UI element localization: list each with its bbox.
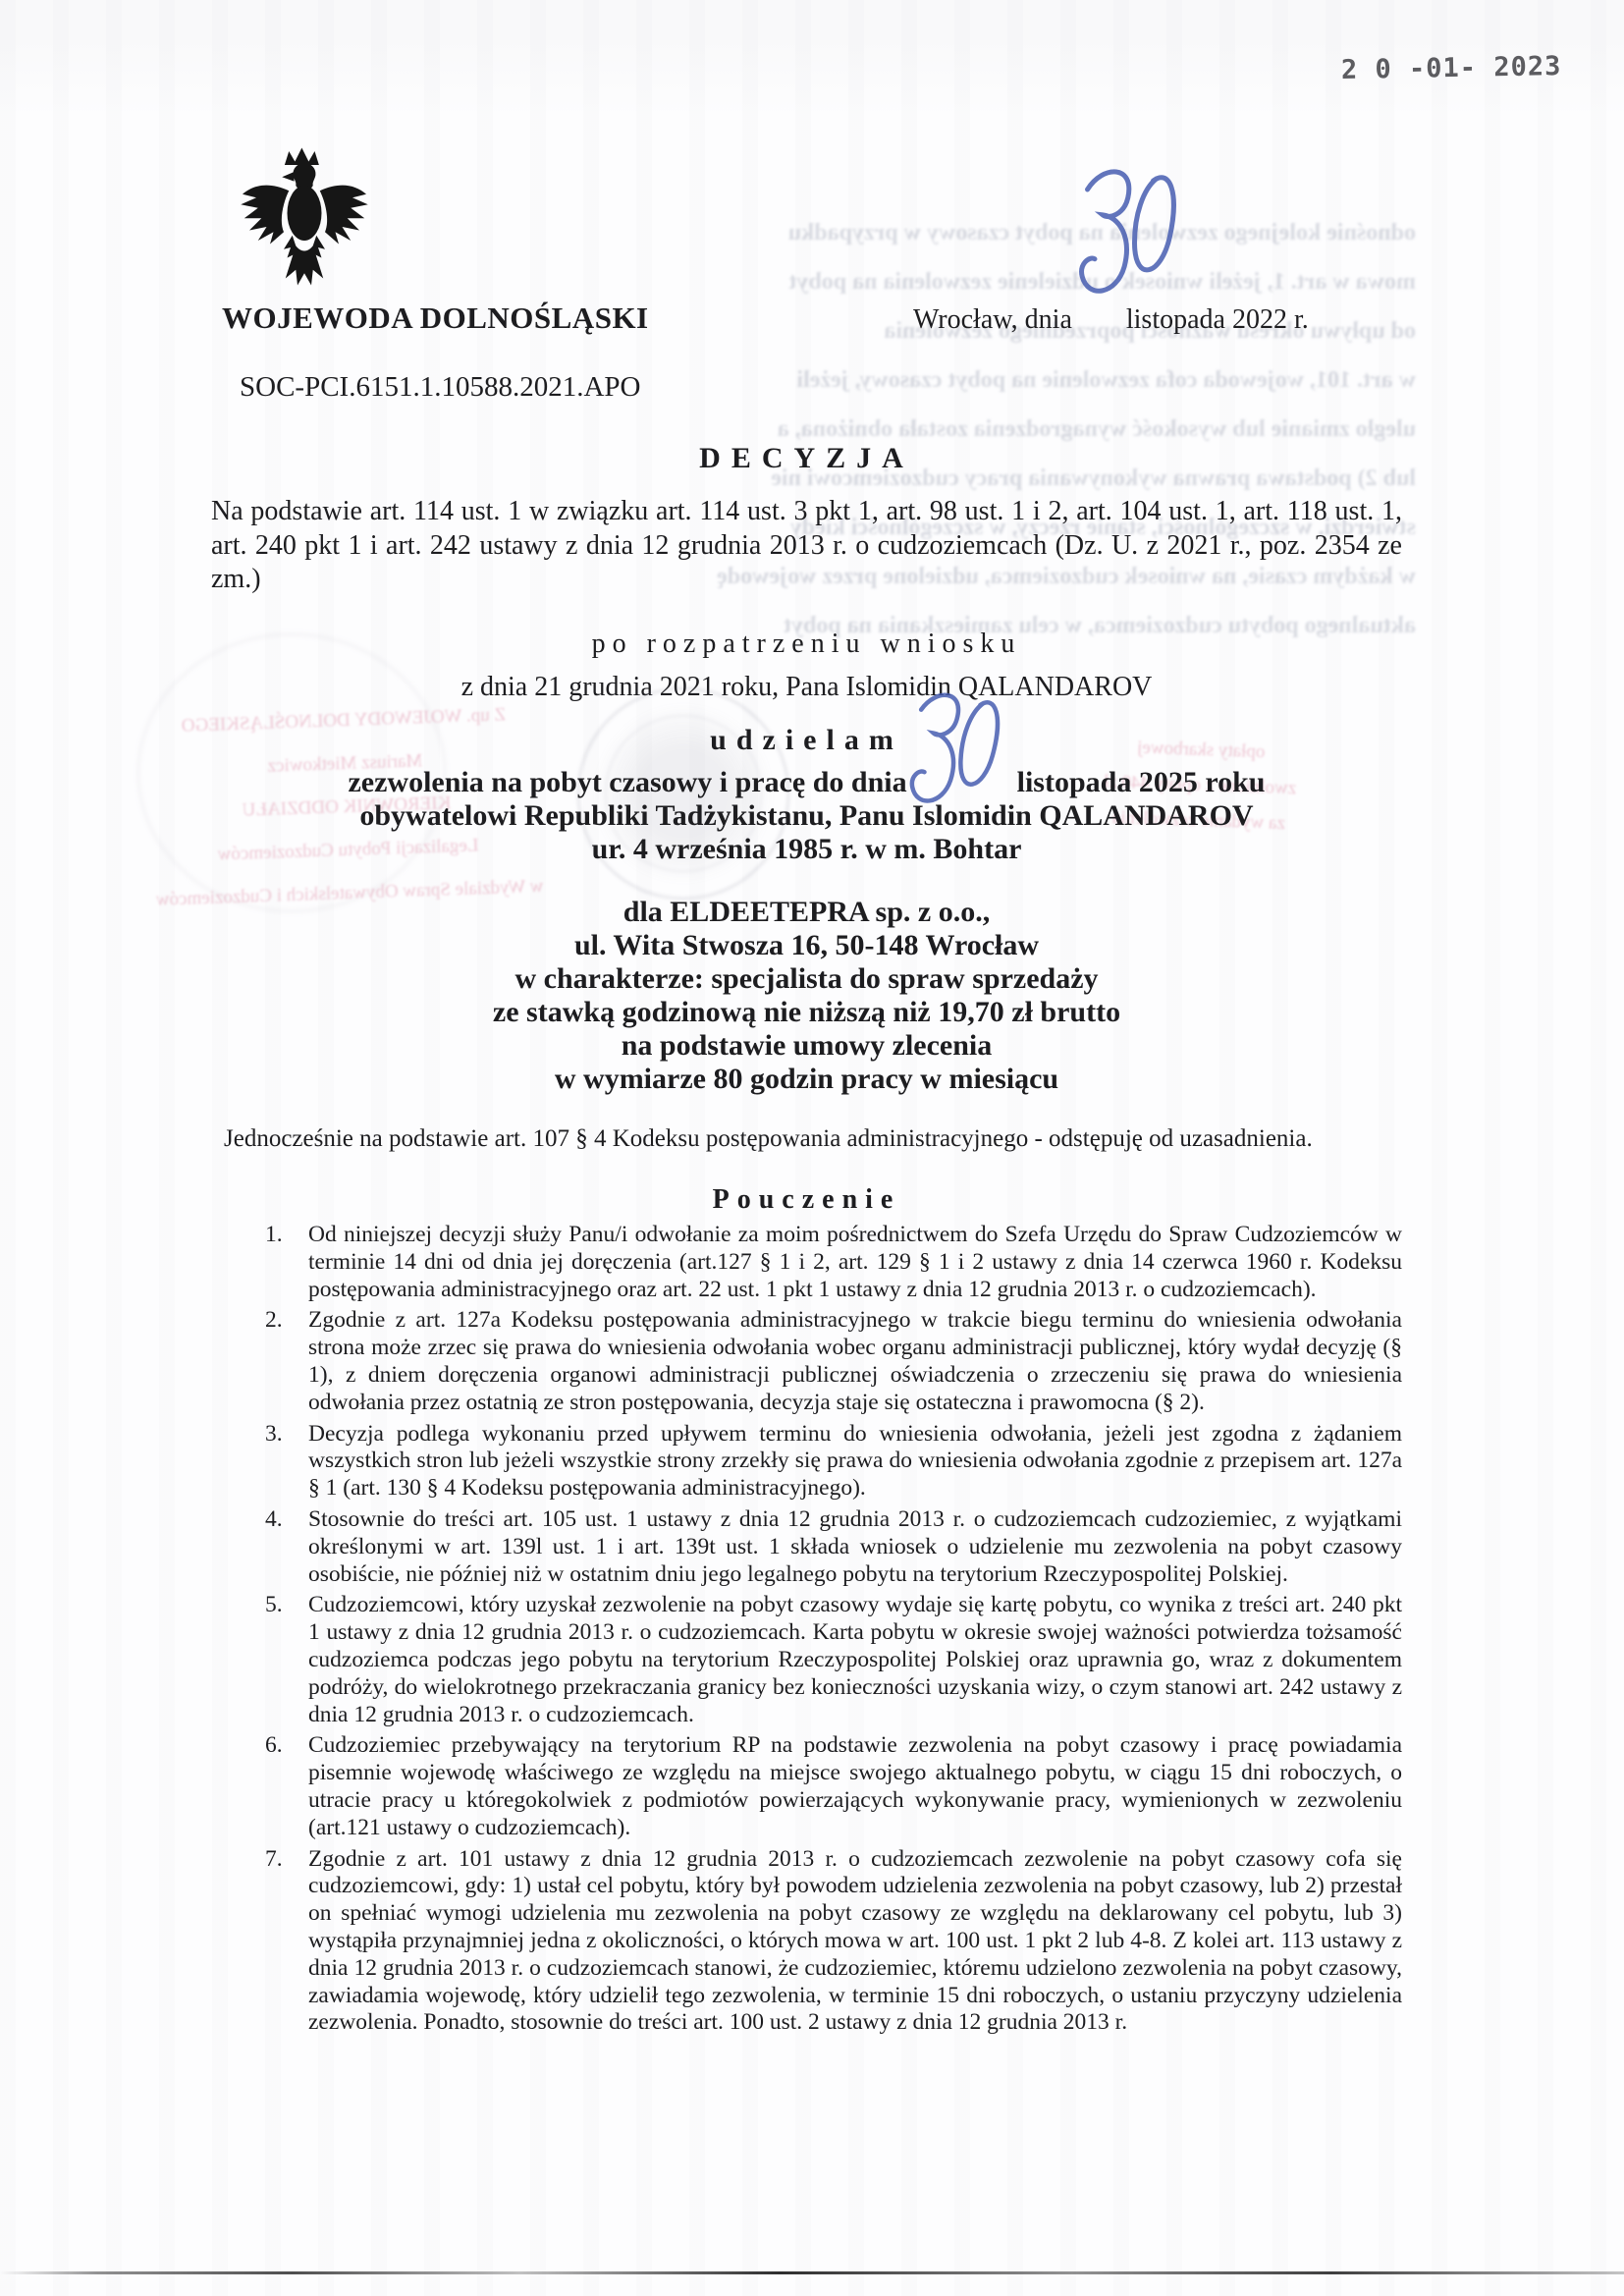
item-text: Cudzoziemcowi, który uzyskał zezwolenie … <box>308 1592 1402 1726</box>
handwritten-day-header: 30 <box>1055 153 1193 317</box>
grant-scope-line: zezwolenia na pobyt czasowy i pracę do d… <box>211 766 1402 799</box>
item-text: Od niniejszej decyzji służy Panu/i odwoł… <box>308 1222 1402 1302</box>
item-number: 6. <box>265 1732 302 1760</box>
justification-waiver-line: Jednocześnie na podstawie art. 107 § 4 K… <box>224 1125 1407 1153</box>
place-date-suffix: listopada 2022 r. <box>1126 304 1309 335</box>
item-number: 1. <box>265 1222 302 1249</box>
instruction-item: 3. Decyzja podlega wykonaniu przed upływ… <box>265 1421 1402 1503</box>
item-number: 7. <box>265 1846 302 1874</box>
place-and-date: Wrocław, dnialistopada 2022 r. <box>913 304 1309 336</box>
instruction-item: 5. Cudzoziemcowi, który uzyskał zezwolen… <box>265 1592 1402 1728</box>
item-number: 3. <box>265 1421 302 1449</box>
application-date-line: z dnia 21 grudnia 2021 roku, Pana Islomi… <box>211 672 1402 703</box>
polish-eagle-emblem-icon <box>236 137 373 295</box>
instruction-item: 7. Zgodnie z art. 101 ustawy z dnia 12 g… <box>265 1846 1402 2038</box>
instruction-heading: Pouczenie <box>211 1184 1402 1216</box>
instruction-item: 4. Stosownie do treści art. 105 ust. 1 u… <box>265 1506 1402 1588</box>
instruction-item: 2. Zgodnie z art. 127a Kodeksu postępowa… <box>265 1307 1402 1416</box>
case-reference-number: SOC-PCI.6151.1.10588.2021.APO <box>240 371 640 404</box>
instruction-list: 1. Od niniejszej decyzji służy Panu/i od… <box>265 1222 1402 2041</box>
consideration-line: po rozpatrzeniu wniosku <box>211 629 1402 660</box>
item-text: Zgodnie z art. 127a Kodeksu postępowania… <box>308 1307 1402 1414</box>
instruction-item: 6. Cudzoziemiec przebywający na terytori… <box>265 1732 1402 1841</box>
instruction-item: 1. Od niniejszej decyzji służy Panu/i od… <box>265 1222 1402 1303</box>
employer-address: ul. Wita Stwosza 16, 50-148 Wrocław <box>211 929 1402 962</box>
item-text: Decyzja podlega wykonaniu przed upływem … <box>308 1421 1402 1502</box>
job-title-line: w charakterze: specjalista do spraw sprz… <box>211 962 1402 996</box>
grant-scope-after-day: listopada 2025 roku <box>1017 766 1266 798</box>
working-hours-line: w wymiarze 80 godzin pracy w miesiącu <box>211 1063 1402 1096</box>
received-date-stamp: 2 0 -01- 2023 <box>1341 51 1562 85</box>
place-date-prefix: Wrocław, dnia <box>913 304 1072 335</box>
item-number: 2. <box>265 1307 302 1335</box>
item-text: Stosownie do treści art. 105 ust. 1 usta… <box>308 1506 1402 1587</box>
legal-basis-paragraph: Na podstawie art. 114 ust. 1 w związku a… <box>211 495 1402 597</box>
employment-conditions-block: dla ELDEETEPRA sp. z o.o., ul. Wita Stwo… <box>211 896 1402 1096</box>
grant-beneficiary-line: obywatelowi Republiki Tadżykistanu, Panu… <box>211 799 1402 833</box>
decision-title: DECYZJA <box>211 442 1402 475</box>
wage-line: ze stawką godzinową nie niższą niż 19,70… <box>211 996 1402 1029</box>
issuing-authority: WOJEWODA DOLNOŚLĄSKI <box>222 301 649 336</box>
contract-type-line: na podstawie umowy zlecenia <box>211 1029 1402 1063</box>
employer-name: dla ELDEETEPRA sp. z o.o., <box>211 896 1402 929</box>
scan-bottom-edge <box>0 2271 1624 2274</box>
item-text: Cudzoziemiec przebywający na terytorium … <box>308 1732 1402 1839</box>
document-scan-page: odnośnie kolejnego zezwolenia na pobyt c… <box>0 0 1624 2296</box>
item-text: Zgodnie z art. 101 ustawy z dnia 12 grud… <box>308 1846 1402 2036</box>
grant-birth-line: ur. 4 września 1985 r. w m. Bohtar <box>211 833 1402 866</box>
item-number: 4. <box>265 1506 302 1534</box>
grant-scope-before-day: zezwolenia na pobyt czasowy i pracę do d… <box>348 766 906 798</box>
item-number: 5. <box>265 1592 302 1619</box>
grant-verb: udzielam <box>211 724 1402 757</box>
